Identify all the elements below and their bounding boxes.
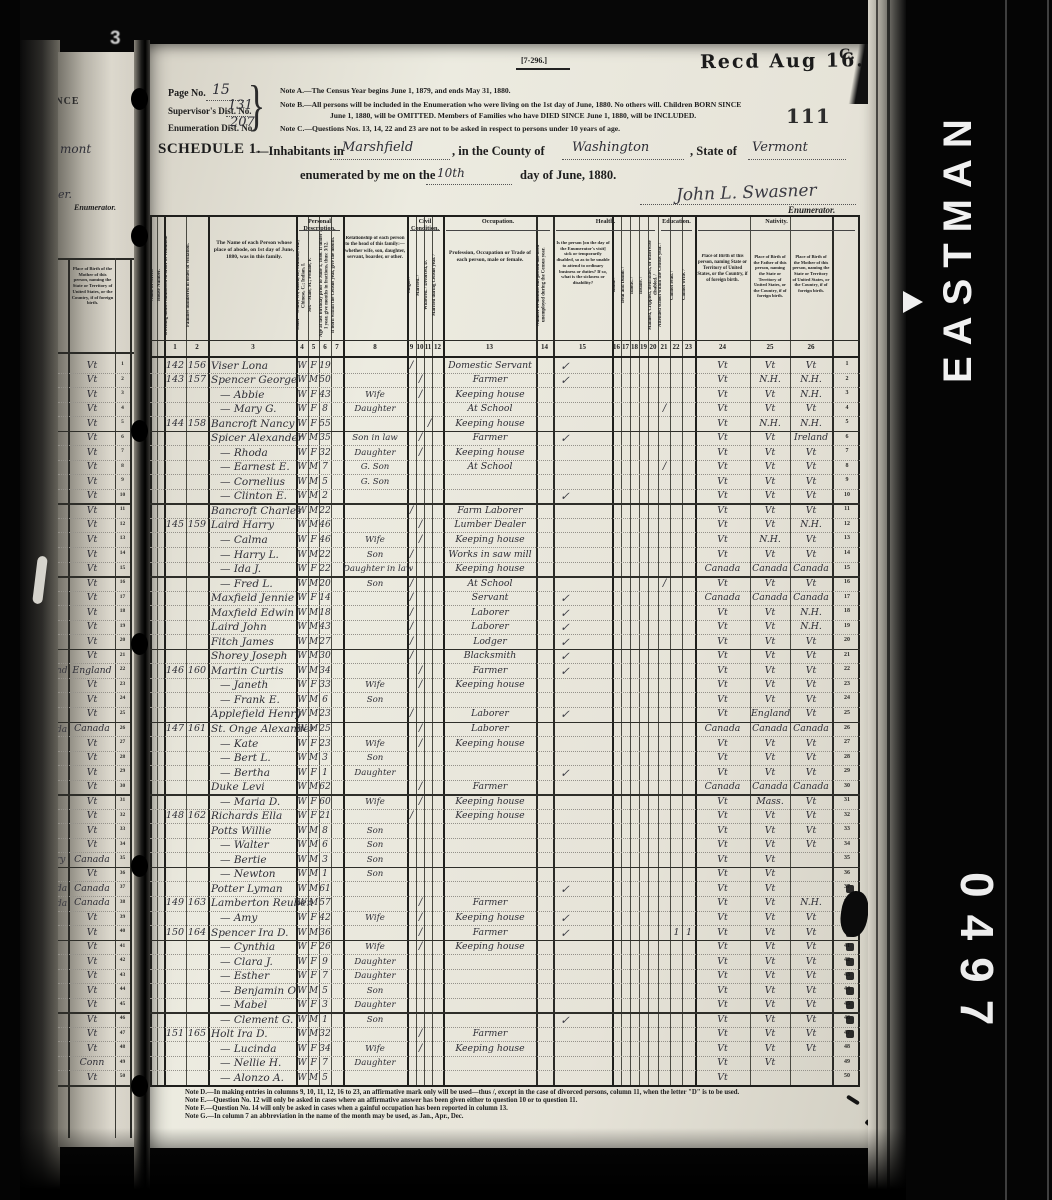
line-number: 7 [838,448,856,454]
inhabitants-label: —Inhabitants in [256,144,344,159]
table-cell: F [308,969,319,983]
person-name: — Rhoda [211,446,304,460]
header-brace: } [248,74,265,138]
table-cell: Vt [751,664,789,678]
person-name: — Bertha [211,766,304,780]
table-cell: W [296,489,308,503]
table-cell: Vt [751,896,789,910]
table-cell: Canada [791,722,831,736]
table-cell: ✓ [556,664,574,678]
table-cell: Daughter in law [343,562,407,576]
table-cell: / [416,664,425,678]
prev-birthplace-entry: Conn [70,1056,114,1070]
col-header-c4: Color—White, W.; Black, B.; Mulatto, Mu.… [296,233,308,337]
place-rule [330,158,450,160]
prev-line-number: 16 [116,579,129,585]
table-gridline [150,215,152,1087]
table-cell: 42 [319,911,331,925]
table-gridline [186,215,187,1087]
prev-line-number: 40 [116,928,129,934]
table-cell: ✓ [556,707,574,721]
prev-birthplace-entry: Canada [70,882,114,896]
table-cell: Vt [696,955,749,969]
table-cell: M [308,649,319,663]
table-cell: W [296,838,308,852]
line-number: 19 [838,623,856,629]
prev-line-number: 25 [116,710,129,716]
prev-line-number: 33 [116,826,129,832]
column-number: 26 [803,343,819,351]
table-cell: 151 [164,1027,186,1041]
person-name: Maxfield Edwin [211,606,295,620]
prev-line-number: 45 [116,1001,129,1007]
table-cell: M [308,984,319,998]
table-cell: Wife [343,678,407,692]
table-cell: ✓ [556,606,574,620]
table-cell: Vt [791,402,831,416]
footnote-g: Note G.—In column 7 an abbreviation in t… [185,1113,845,1120]
person-name: Spicer Alexander [211,431,295,445]
state-rule [748,158,846,160]
prev-line-number: 22 [116,666,129,672]
table-cell: 9 [319,955,331,969]
table-cell: Vt [751,460,789,474]
occupation: At School [445,460,535,474]
table-cell: 50 [319,373,331,387]
table-cell: / [416,722,425,736]
page-no-value: 15 [212,82,230,98]
table-cell: M [308,518,319,532]
table-cell: Canada [791,780,831,794]
table-cell: Vt [696,359,749,373]
table-cell: F [308,388,319,402]
prev-birthplace-entry: Vt [70,533,114,547]
table-cell: / [659,460,670,474]
prev-line-number: 19 [116,623,129,629]
table-cell: Canada [696,780,749,794]
prev-line-number: 20 [116,637,129,643]
line-number: 25 [838,710,856,716]
table-cell: / [416,388,425,402]
table-cell: M [308,722,319,736]
prev-line-number: 12 [116,521,129,527]
table-cell: M [308,838,319,852]
table-cell: Vt [696,373,749,387]
table-cell: / [416,737,425,751]
group-nativity: Nativity. [695,218,858,225]
note-a: Note A.—The Census Year begins June 1, 1… [280,86,800,95]
table-gridline [858,215,860,1087]
col-header-c23: Cannot write. / [682,233,695,337]
prev-line-number: 41 [116,943,129,949]
reel-mark: 3 [110,28,121,50]
table-cell: Son [343,853,407,867]
table-cell: Vt [751,766,789,780]
table-cell: M [308,707,319,721]
table-cell: Vt [751,984,789,998]
table-cell: Wife [343,388,407,402]
prev-line-number: 15 [116,565,129,571]
person-name: Potter Lyman [211,882,295,896]
table-cell: 143 [164,373,186,387]
prev-row-line [58,1085,130,1087]
table-cell: W [296,795,308,809]
table-cell: W [296,359,308,373]
column-number: 3 [245,343,261,351]
bottom-fade [20,1128,906,1200]
table-cell: 5 [319,475,331,489]
prev-birthplace-entry: Vt [70,780,114,794]
occupation: Farmer [445,926,535,940]
col-header-c7: If born within the Census year, give the… [331,233,343,337]
table-cell: W [296,518,308,532]
table-cell: / [416,518,425,532]
table-cell: ✓ [556,926,574,940]
line-number: 24 [838,695,856,701]
table-cell: Son [343,577,407,591]
person-name: Duke Levi [211,780,295,794]
prev-birthplace-entry: Vt [70,577,114,591]
person-name: Potts Willie [211,824,295,838]
table-cell: W [296,1027,308,1041]
table-cell: M [308,751,319,765]
table-cell: W [296,635,308,649]
table-cell: Son [343,984,407,998]
prev-line-number: 43 [116,972,129,978]
table-cell: F [308,562,319,576]
table-cell: M [308,620,319,634]
footnote-f: Note F.—Question No. 14 will only be ask… [185,1105,845,1112]
prev-line-number: 13 [116,535,129,541]
table-cell: 43 [319,388,331,402]
table-cell: M [308,664,319,678]
table-cell: W [296,678,308,692]
prev-birthplace-entry: Vt [70,955,114,969]
prev-line-number: 23 [116,681,129,687]
prev-cutoff-fragment: ry [58,853,70,867]
table-cell: N.H. [751,533,789,547]
table-cell: Wife [343,1042,407,1056]
prev-line-number: 2 [116,376,129,382]
group-education: Education. [658,218,695,225]
table-cell: W [296,591,308,605]
table-cell: 46 [319,533,331,547]
table-cell: Canada [751,562,789,576]
line-number: 16 [838,579,856,585]
table-cell: M [308,693,319,707]
spine-blob [131,633,148,655]
table-cell: Mass. [751,795,789,809]
person-name: Holt Ira D. [211,1027,295,1041]
table-cell: Vt [696,518,749,532]
prev-line-number: 50 [116,1073,129,1079]
prev-birthplace-entry: Vt [70,388,114,402]
table-cell: Vt [696,533,749,547]
table-cell: Vt [791,984,831,998]
occupation: Keeping house [445,562,535,576]
person-name: — Abbie [211,388,304,402]
table-cell: Vt [696,1027,749,1041]
prev-birthplace-entry: Vt [70,838,114,852]
prev-line-number: 18 [116,608,129,614]
prev-line-number: 28 [116,754,129,760]
state-value: Vermont [752,140,808,155]
prev-cutoff-fragment: da [58,723,70,737]
table-cell: Vt [751,955,789,969]
table-cell: Vt [791,809,831,823]
table-cell: 158 [186,417,208,431]
table-cell: Vt [751,359,789,373]
col-header-c18: Idiotic. / [630,233,639,337]
enumerator-label: Enumerator. [788,205,835,215]
table-cell: / [416,373,425,387]
group-occupation: Occupation. [443,218,553,225]
table-cell: 6 [319,693,331,707]
table-cell: Vt [696,649,749,663]
table-cell: M [308,475,319,489]
table-cell: Vt [696,969,749,983]
prev-birthplace-entry: Vt [70,984,114,998]
table-cell: 5 [319,984,331,998]
table-cell: Vt [791,824,831,838]
prev-birthplace-entry: Vt [70,911,114,925]
table-cell: / [407,707,416,721]
form-code: [7-296.] [521,56,547,65]
line-number: 22 [838,666,856,672]
person-name: — Harry L. [211,548,304,562]
table-cell: Canada [751,591,789,605]
table-cell: W [296,940,308,954]
prev-line-number: 17 [116,594,129,600]
table-cell: Daughter [343,955,407,969]
table-cell: Vt [696,678,749,692]
table-cell: 165 [186,1027,208,1041]
table-cell: Vt [751,402,789,416]
prev-line-number: 32 [116,812,129,818]
occupation: Keeping house [445,417,535,431]
occupation: Keeping house [445,533,535,547]
occupation: Keeping house [445,737,535,751]
prev-line-number: 37 [116,884,129,890]
table-cell: England [751,707,789,721]
person-name: — Fred L. [211,577,304,591]
table-cell: Vt [791,1027,831,1041]
table-cell: Vt [696,417,749,431]
prev-birthplace-entry: Vt [70,460,114,474]
table-cell: 23 [319,707,331,721]
table-cell: F [308,737,319,751]
table-cell: 34 [319,664,331,678]
table-cell: W [296,853,308,867]
table-cell: 7 [319,969,331,983]
table-cell: ✓ [556,911,574,925]
table-gridline [150,340,860,341]
table-cell: Son [343,693,407,707]
table-cell: Vt [791,678,831,692]
person-name: Bancroft Nancy [211,417,295,431]
prev-birthplace-entry: Vt [70,809,114,823]
table-cell: F [308,809,319,823]
prev-birthplace-entry: Vt [70,635,114,649]
table-cell: Vt [751,809,789,823]
prev-birthplace-entry: Vt [70,998,114,1012]
prev-birthplace-entry: Vt [70,1071,114,1085]
person-name: — Clinton E. [211,489,304,503]
table-cell: ✓ [556,431,574,445]
table-cell: 156 [186,359,208,373]
column-number: 23 [681,343,697,351]
prev-line-number: 42 [116,957,129,963]
table-cell: Vt [791,533,831,547]
film-bar-left [0,0,20,1200]
table-cell: Vt [791,1042,831,1056]
table-cell: N.H. [791,388,831,402]
table-cell: / [416,1027,425,1041]
group-education-rule [661,230,692,231]
occupation: Farm Laborer [445,504,535,518]
line-number-smudge [846,943,854,951]
table-cell: 55 [319,417,331,431]
line-number: 15 [838,565,856,571]
line-number: 2 [838,376,856,382]
occupation: Keeping house [445,940,535,954]
table-cell: W [296,969,308,983]
prev-line-number: 34 [116,841,129,847]
occupation: Keeping house [445,678,535,692]
table-cell: Son [343,867,407,881]
person-name: — Walter [211,838,304,852]
prev-cutoff-fragment: nd [58,664,70,678]
table-cell: Vt [791,664,831,678]
person-name: — Mabel [211,998,304,1012]
table-cell: Daughter [343,998,407,1012]
table-gridline [150,1085,860,1087]
table-cell: Vt [791,955,831,969]
table-cell: 46 [319,518,331,532]
table-cell: Vt [696,635,749,649]
col-header-c15: Is the person [on the day of the Enumera… [556,240,610,334]
film-frame-number: 0497 [934,872,1004,1200]
table-cell: 3 [319,998,331,1012]
table-cell: 26 [319,940,331,954]
film-brand-label: EASTMAN [936,0,1002,383]
table-cell: Vt [791,475,831,489]
column-number: 13 [482,343,498,351]
table-cell: 7 [319,460,331,474]
table-cell: Vt [696,1056,749,1070]
table-cell: Vt [751,751,789,765]
table-cell: / [659,577,670,591]
table-cell: W [296,402,308,416]
col-header-c16: Blind. / [612,233,621,337]
line-number: 48 [838,1044,856,1050]
table-cell: Vt [696,446,749,460]
prev-birthplace-entry: Vt [70,867,114,881]
table-cell: / [659,402,670,416]
prev-birthplace-entry: Vt [70,766,114,780]
table-cell: F [308,1056,319,1070]
table-cell: M [308,635,319,649]
table-cell: F [308,940,319,954]
person-name: Viser Lona [211,359,295,373]
film-edge-line-1 [1005,0,1007,1200]
table-cell: Vt [791,649,831,663]
table-cell: ✓ [556,635,574,649]
table-cell: / [416,446,425,460]
table-cell: 60 [319,795,331,809]
table-cell: 1 [671,926,682,940]
person-name: — Cornelius [211,475,304,489]
col-header-c5: Sex—Male, M.; Female, F. [308,233,319,337]
table-cell: 146 [164,664,186,678]
table-cell: / [407,504,416,518]
table-cell: Daughter [343,969,407,983]
table-cell: Vt [751,926,789,940]
table-cell: / [416,795,425,809]
table-cell: Vt [751,1042,789,1056]
note-c: Note C.—Questions Nos. 13, 14, 22 and 23… [280,124,800,133]
table-cell: Vt [791,577,831,591]
occupation: Farmer [445,1027,535,1041]
line-number-smudge [846,972,854,980]
prev-cutoff-fragment: da [58,882,70,896]
table-cell: Vt [791,548,831,562]
line-number: 4 [838,405,856,411]
table-cell: 14 [319,591,331,605]
prev-line-number: 46 [116,1015,129,1021]
prev-cutoff-fragment: da [58,897,70,911]
enumerated-date: 10th [437,166,465,180]
occupation: Farmer [445,373,535,387]
table-cell: Vt [791,737,831,751]
occupation: Farmer [445,896,535,910]
table-cell: 36 [319,926,331,940]
table-cell: W [296,649,308,663]
table-cell: M [308,853,319,867]
person-name: — Ida J. [211,562,304,576]
person-name: — Bertie [211,853,304,867]
table-cell: Vt [751,737,789,751]
table-cell: 164 [186,926,208,940]
table-cell: Vt [751,678,789,692]
prev-birthplace-entry: Vt [70,373,114,387]
prev-birthplace-entry: Vt [70,707,114,721]
line-number: 29 [838,768,856,774]
table-cell: Vt [791,1013,831,1027]
column-number: 1 [167,343,183,351]
footnote-d: Note D.—In making entries in columns 9, … [185,1089,845,1096]
table-cell: M [308,373,319,387]
table-cell: F [308,359,319,373]
table-cell: Vt [791,359,831,373]
prev-birthplace-entry: Vt [70,504,114,518]
occupation: Farmer [445,664,535,678]
prev-birthplace-entry: Vt [70,446,114,460]
table-cell: Vt [696,984,749,998]
table-cell: W [296,751,308,765]
table-cell: M [308,548,319,562]
table-cell: 22 [319,548,331,562]
table-cell: Vt [751,1013,789,1027]
line-number: 23 [838,681,856,687]
spine-shadow-left [20,40,60,1200]
group-health: Health. [553,218,658,225]
col-header-c11: Widowed. / Divorced, D. [424,233,432,337]
table-cell: 144 [164,417,186,431]
line-number-smudge [846,987,854,995]
person-name: — Nellie H. [211,1056,304,1070]
occupation: Domestic Servant [445,359,535,373]
